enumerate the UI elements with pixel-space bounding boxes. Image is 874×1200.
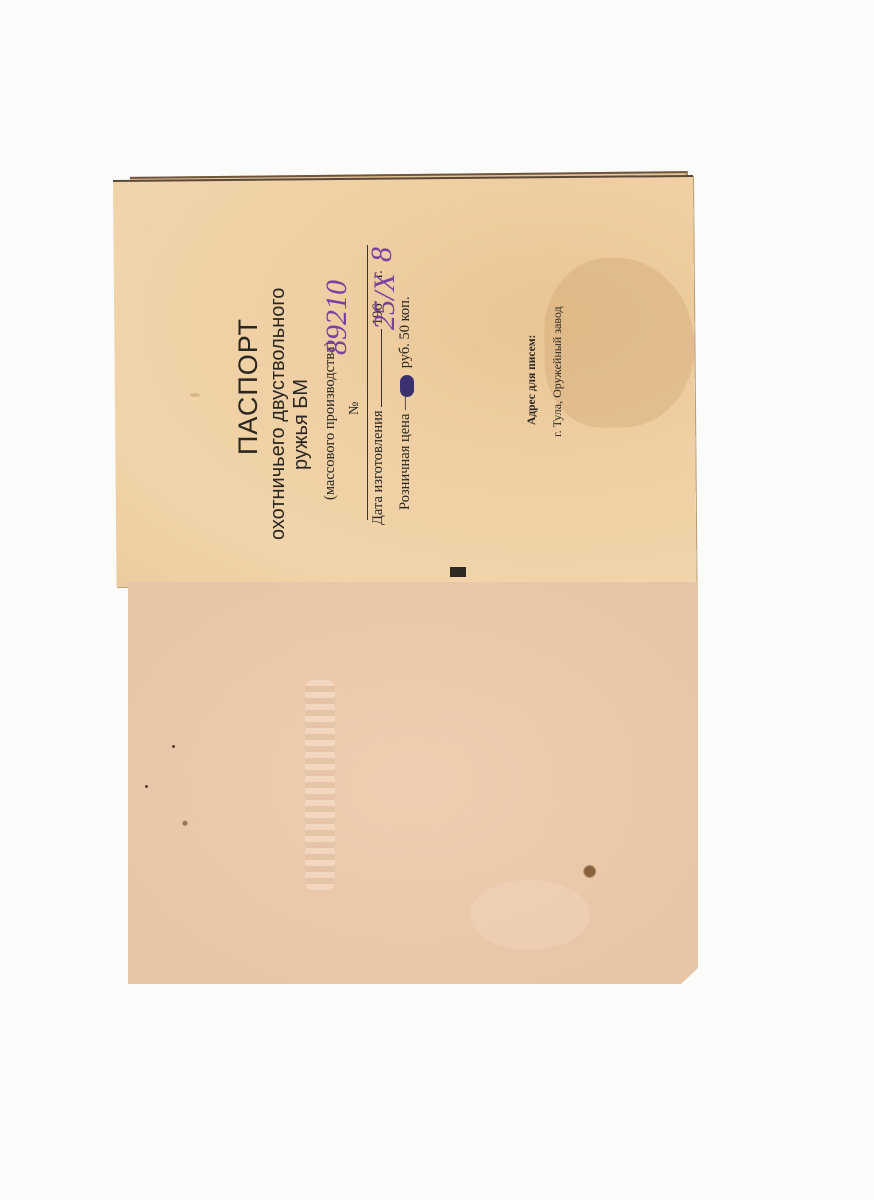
production-type: (массового производства) [322, 342, 339, 500]
water-stain [544, 257, 695, 428]
speck [172, 745, 175, 748]
date-underline [381, 329, 382, 407]
price-label: Розничная цена — [397, 396, 413, 511]
binding-staple [450, 567, 466, 577]
address-label: Адрес для писем: [526, 335, 538, 425]
passport-title: ПАСПОРТ [233, 318, 264, 455]
price-kop: 50 коп. [397, 296, 413, 339]
manufacture-year-handwritten: 8 [365, 247, 399, 262]
price-rub-suffix: руб. [397, 343, 413, 368]
embossed-emblem [470, 880, 590, 950]
serial-label: № [347, 402, 363, 415]
retail-price: Розничная цена — руб. 50 коп. [397, 296, 414, 510]
scanned-document: ПАСПОРТ охотничьего двуствольного ружья … [0, 0, 874, 1200]
serial-number-handwritten: 89210 [320, 280, 354, 355]
speck [145, 785, 148, 788]
back-cover [128, 582, 698, 984]
gun-type-line1: охотничьего двуствольного [267, 288, 290, 540]
speck [190, 393, 200, 397]
gun-type-line2: ружья БМ [290, 379, 313, 470]
embossed-text [305, 680, 335, 890]
ink-blot [400, 375, 414, 397]
date-label-text: Дата изготовления [370, 410, 386, 525]
address-text: г. Тула, Оружейный завод [550, 306, 565, 437]
